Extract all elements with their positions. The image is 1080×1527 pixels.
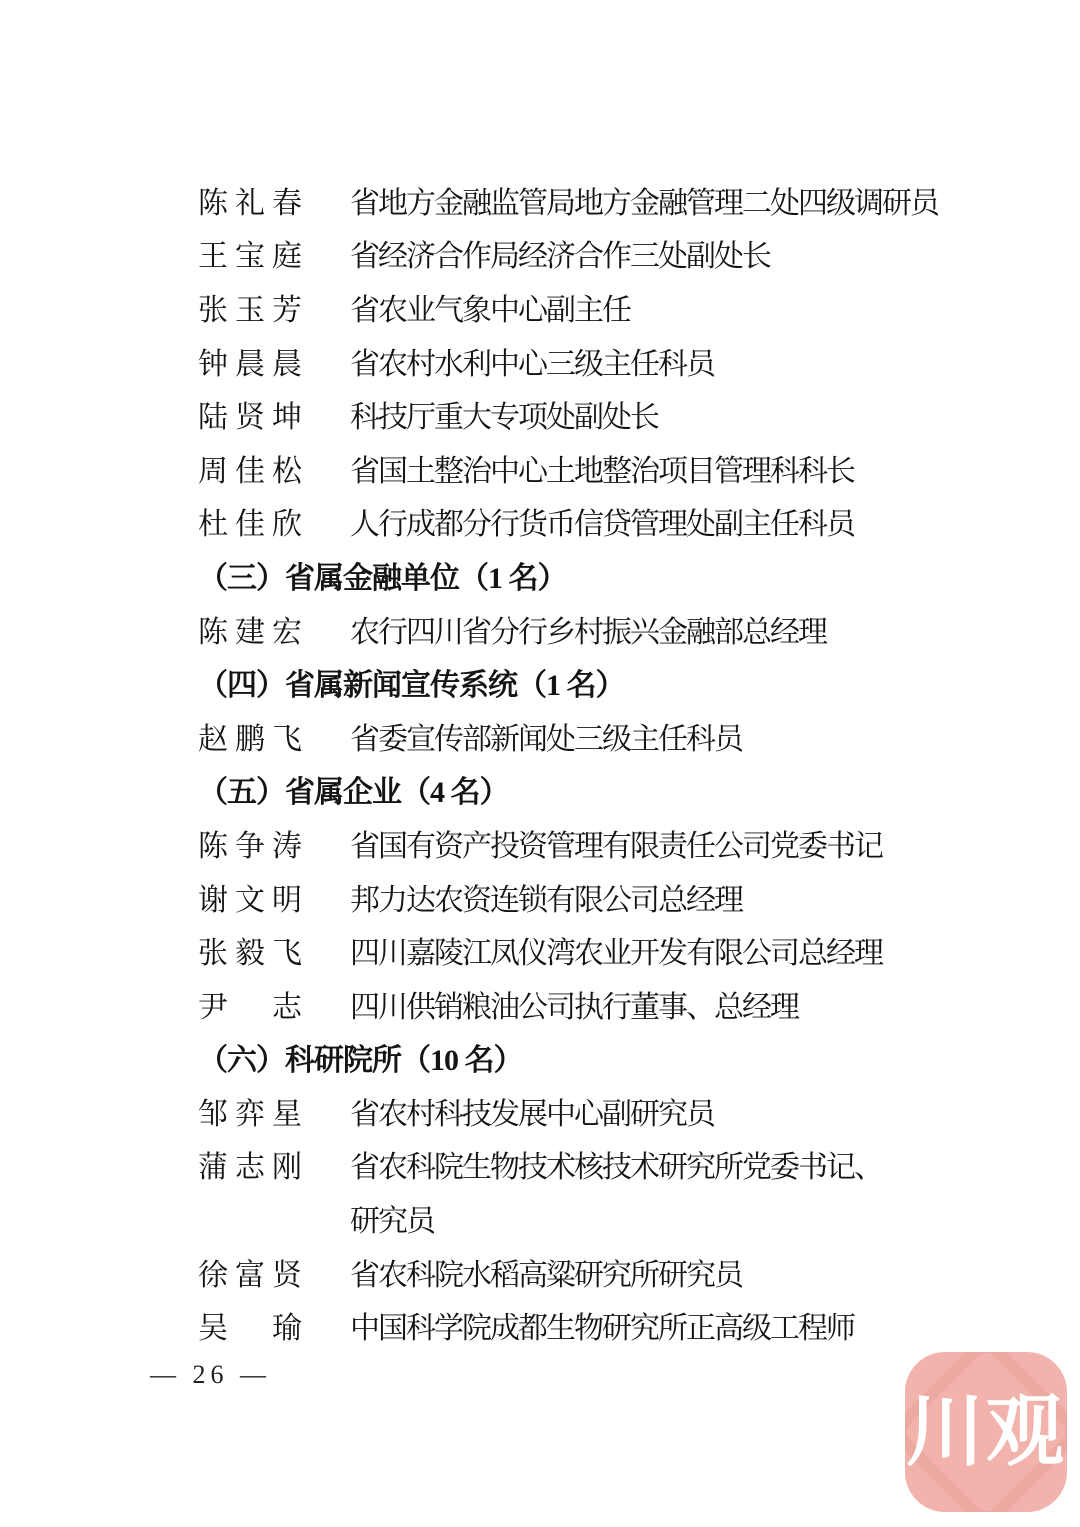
entry-row: 徐富贤省农科院水稻高粱研究所研究员: [198, 1245, 998, 1299]
watermark-logo-text: 川观: [906, 1393, 1066, 1471]
person-name: 徐富贤: [198, 1250, 350, 1294]
heading-row: （四）省属新闻宣传系统（1 名）: [198, 655, 998, 709]
appointment-list: 陈礼春省地方金融监管局地方金融管理二处四级调研员王宝庭省经济合作局经济合作三处副…: [198, 173, 998, 1352]
person-name: 尹 志: [198, 982, 350, 1026]
person-title: 四川嘉陵江凤仪湾农业开发有限公司总经理: [350, 928, 882, 972]
person-name: 杜佳欣: [198, 499, 350, 543]
section-heading: （三）省属金融单位（1 名）: [198, 553, 567, 597]
heading-row: （五）省属企业（4 名）: [198, 763, 998, 817]
entry-row: 张玉芳省农业气象中心副主任: [198, 280, 998, 334]
person-name: 张毅飞: [198, 928, 350, 972]
heading-row: （三）省属金融单位（1 名）: [198, 548, 998, 602]
person-name: 王宝庭: [198, 231, 350, 275]
entry-row: 周佳松省国土整治中心土地整治项目管理科科长: [198, 441, 998, 495]
person-title: 省经济合作局经济合作三处副处长: [350, 231, 770, 275]
person-name: 陈建宏: [198, 607, 350, 651]
person-title: 人行成都分行货币信贷管理处副主任科员: [350, 499, 854, 543]
person-name: 谢文明: [198, 875, 350, 919]
entry-row: 邹弈星省农村科技发展中心副研究员: [198, 1084, 998, 1138]
section-heading: （六）科研院所（10 名）: [198, 1035, 523, 1079]
person-title: 省国土整治中心土地整治项目管理科科长: [350, 446, 854, 490]
entry-row-continuation: 研究员: [198, 1191, 998, 1245]
person-title: 省农科院生物技术核技术研究所党委书记、: [350, 1142, 882, 1186]
person-title: 中国科学院成都生物研究所正高级工程师: [350, 1303, 854, 1347]
entry-row: 钟晨晨省农村水利中心三级主任科员: [198, 334, 998, 388]
entry-row: 王宝庭省经济合作局经济合作三处副处长: [198, 227, 998, 281]
page-number: — 26 —: [150, 1360, 271, 1390]
person-title: 科技厅重大专项处副处长: [350, 392, 658, 436]
person-title: 四川供销粮油公司执行董事、总经理: [350, 982, 798, 1026]
person-name: 陈礼春: [198, 178, 350, 222]
person-name: 蒲志刚: [198, 1142, 350, 1186]
person-title: 农行四川省分行乡村振兴金融部总经理: [350, 607, 826, 651]
heading-row: （六）科研院所（10 名）: [198, 1031, 998, 1085]
person-name: 陈争涛: [198, 821, 350, 865]
person-title: 研究员: [350, 1196, 434, 1240]
person-title: 省地方金融监管局地方金融管理二处四级调研员: [350, 178, 938, 222]
person-name: 赵鹏飞: [198, 714, 350, 758]
entry-row: 杜佳欣人行成都分行货币信贷管理处副主任科员: [198, 495, 998, 549]
person-title: 省农业气象中心副主任: [350, 285, 630, 329]
entry-row: 陈建宏农行四川省分行乡村振兴金融部总经理: [198, 602, 998, 656]
document-page: 陈礼春省地方金融监管局地方金融管理二处四级调研员王宝庭省经济合作局经济合作三处副…: [0, 0, 1080, 1527]
watermark-logo: 川观: [905, 1352, 1067, 1512]
person-name: 钟晨晨: [198, 339, 350, 383]
entry-row: 陈礼春省地方金融监管局地方金融管理二处四级调研员: [198, 173, 998, 227]
person-name: 陆贤坤: [198, 392, 350, 436]
person-title: 省国有资产投资管理有限责任公司党委书记: [350, 821, 882, 865]
entry-row: 陆贤坤科技厅重大专项处副处长: [198, 387, 998, 441]
section-heading: （四）省属新闻宣传系统（1 名）: [198, 660, 625, 704]
entry-row: 陈争涛省国有资产投资管理有限责任公司党委书记: [198, 816, 998, 870]
entry-row: 谢文明邦力达农资连锁有限公司总经理: [198, 870, 998, 924]
person-title: 省农村水利中心三级主任科员: [350, 339, 714, 383]
person-title: 省委宣传部新闻处三级主任科员: [350, 714, 742, 758]
person-name: 邹弈星: [198, 1089, 350, 1133]
person-name: 吴 瑜: [198, 1303, 350, 1347]
entry-row: 吴 瑜中国科学院成都生物研究所正高级工程师: [198, 1298, 998, 1352]
person-name: 周佳松: [198, 446, 350, 490]
entry-row: 尹 志四川供销粮油公司执行董事、总经理: [198, 977, 998, 1031]
person-title: 省农科院水稻高粱研究所研究员: [350, 1250, 742, 1294]
entry-row: 张毅飞四川嘉陵江凤仪湾农业开发有限公司总经理: [198, 923, 998, 977]
section-heading: （五）省属企业（4 名）: [198, 767, 509, 811]
person-title: 省农村科技发展中心副研究员: [350, 1089, 714, 1133]
entry-row: 蒲志刚省农科院生物技术核技术研究所党委书记、: [198, 1138, 998, 1192]
person-name: 张玉芳: [198, 285, 350, 329]
person-title: 邦力达农资连锁有限公司总经理: [350, 875, 742, 919]
entry-row: 赵鹏飞省委宣传部新闻处三级主任科员: [198, 709, 998, 763]
